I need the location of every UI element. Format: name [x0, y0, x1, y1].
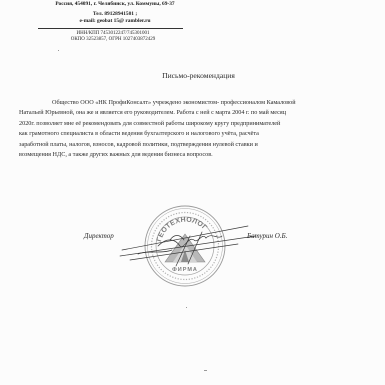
- body-line: Общество ООО «НК ПрофиКонсалт» учреждено…: [19, 98, 374, 108]
- letterhead-divider: [38, 28, 183, 29]
- body-line: Натальей Юрьевной, она же и является его…: [19, 108, 374, 118]
- scan-speck: [186, 307, 187, 308]
- body-line: как грамотного специалиста в области вед…: [19, 129, 374, 139]
- scan-speck: [204, 370, 207, 371]
- signer-name: Батурин О.Б.: [247, 232, 287, 240]
- scan-speck: [58, 50, 59, 51]
- letter-page: Россия, 454091, г. Челябинск, ул. Коммун…: [0, 0, 385, 385]
- letterhead-address: Россия, 454091, г. Челябинск, ул. Коммун…: [40, 1, 190, 8]
- document-title: Письмо-рекомендация: [0, 71, 385, 80]
- body-line: заработной платы, налогов, взносов, кадр…: [19, 140, 374, 150]
- letterhead: Россия, 454091, г. Челябинск, ул. Коммун…: [40, 1, 190, 26]
- registration-ids: ИНН/КПП 7453012247/745301001 ОКПО 325238…: [48, 31, 178, 45]
- body-line: возмещения НДС, а также других важных дл…: [19, 150, 374, 160]
- body-line: 2020г. позволяет мне её рекомендовать дл…: [19, 119, 374, 129]
- handwritten-signature-icon: [118, 210, 258, 270]
- okpo-ogrn: ОКПО 32523857, ОГРН 1027403872429: [48, 37, 178, 44]
- inn-kpp: ИНН/КПП 7453012247/745301001: [48, 31, 178, 38]
- letterhead-phone: Тел. 89128941501 ;: [40, 11, 190, 18]
- signer-position: Директор: [84, 232, 114, 240]
- letterhead-email: e-mail: geobat 15@ rambler.ru: [40, 18, 190, 25]
- document-body: Общество ООО «НК ПрофиКонсалт» учреждено…: [19, 98, 374, 160]
